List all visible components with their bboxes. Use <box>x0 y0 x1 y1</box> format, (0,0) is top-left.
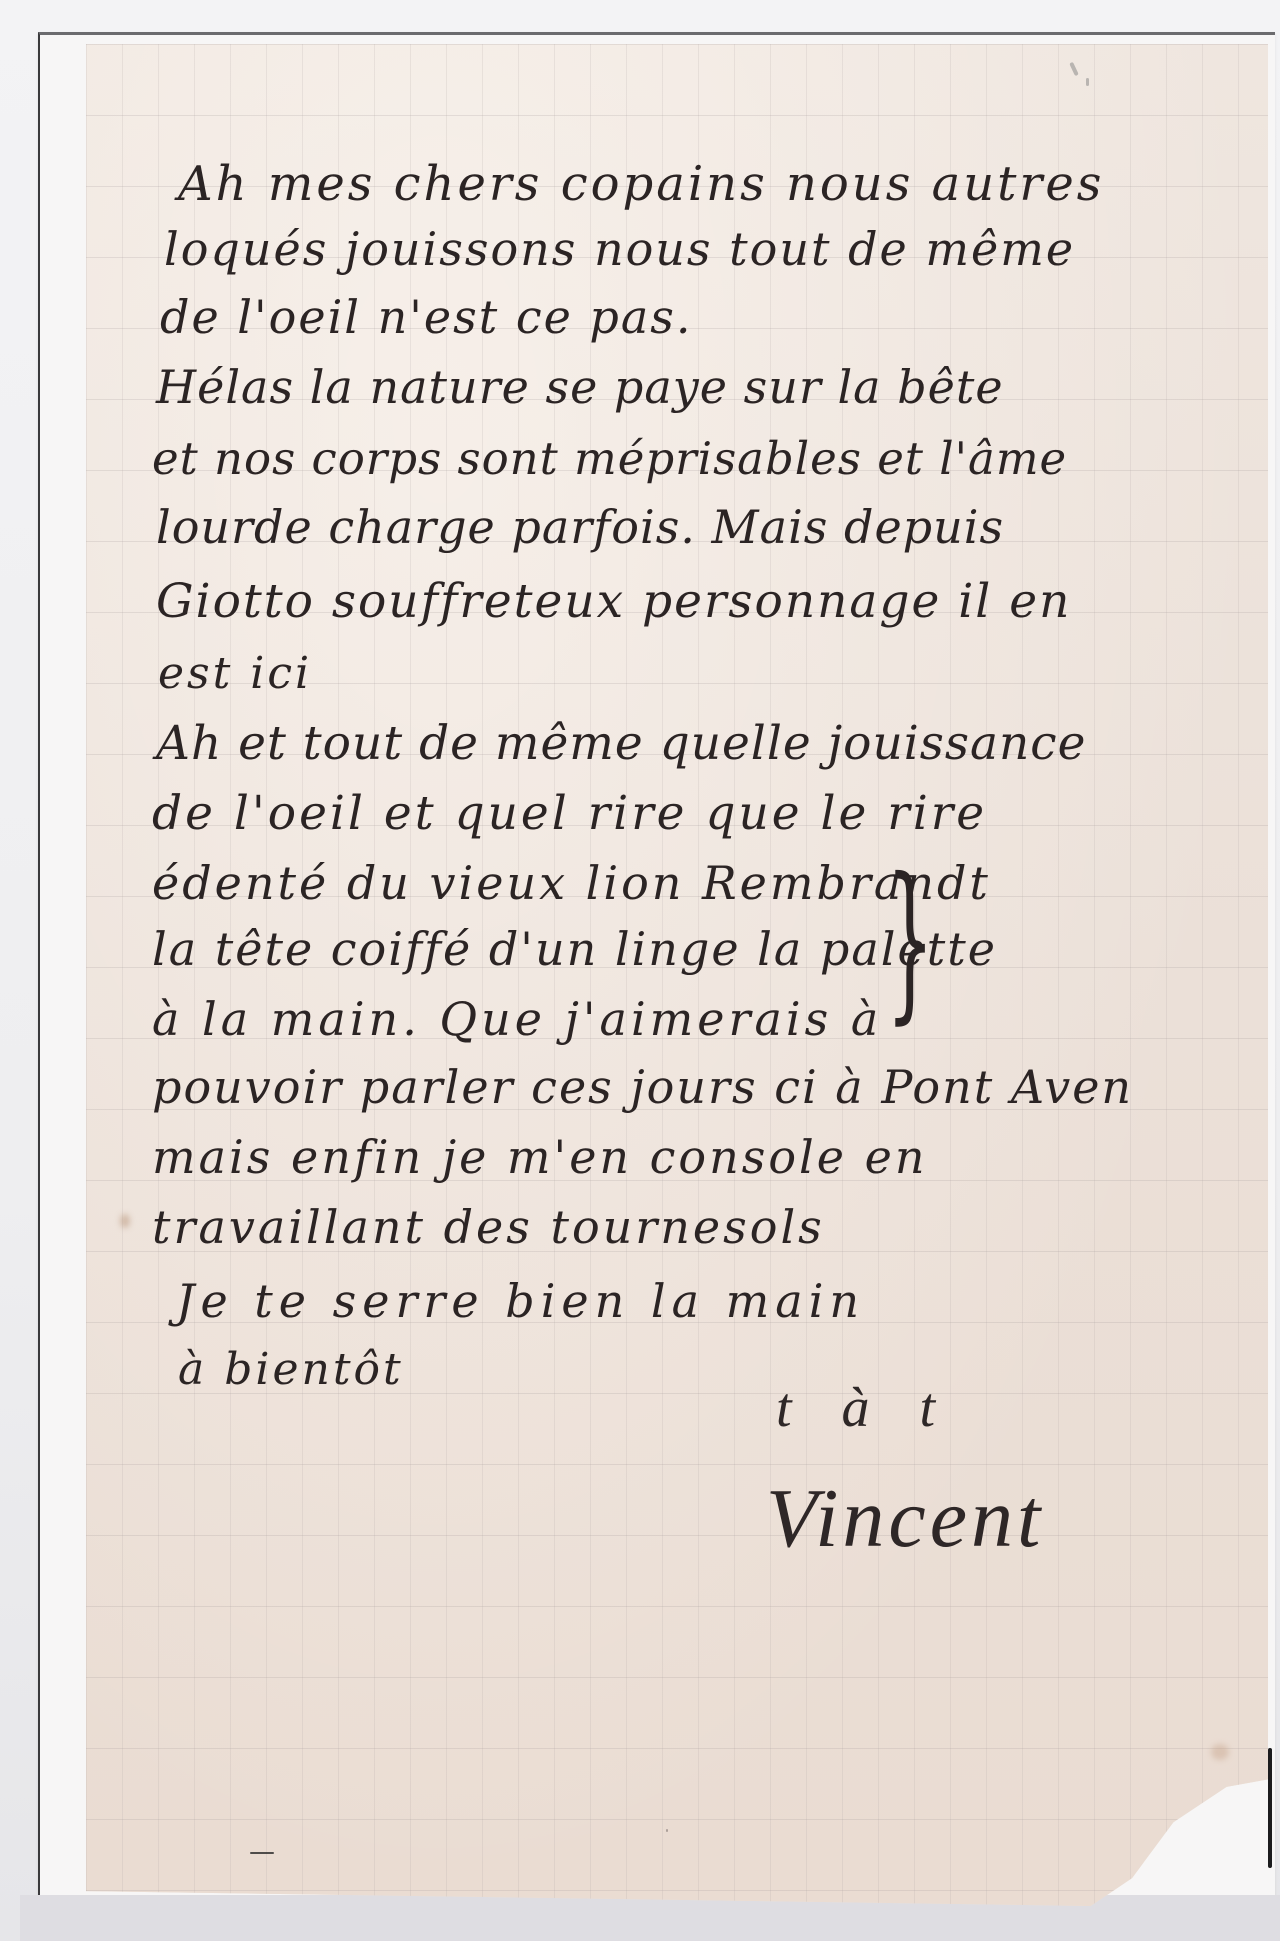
paper-mark <box>666 1829 668 1832</box>
scan-background: Ah mes chers copains nous autres loqués … <box>0 0 1280 1941</box>
letter-line: de l'oeil n'est ce pas. <box>160 290 693 344</box>
letter-line: de l'oeil et quel rire que le rire <box>152 786 987 841</box>
letter-line: Ah mes chers copains nous autres <box>178 156 1104 212</box>
letter-line: lourde charge parfois. Mais depuis <box>156 500 1004 554</box>
letter-line: à la main. Que j'aimerais à <box>152 992 882 1046</box>
closing-text: t à t <box>776 1376 953 1440</box>
ink-brace-mark: } <box>886 856 935 1026</box>
letter-line: travaillant des tournesols <box>152 1200 825 1254</box>
letter-line: Giotto souffreteux personnage il en <box>156 574 1071 629</box>
letter-line: pouvoir parler ces jours ci à Pont Aven <box>152 1060 1133 1114</box>
paper-mark <box>1069 62 1079 76</box>
letter-line: loqués jouissons nous tout de même <box>164 222 1075 276</box>
letter-line: est ici <box>158 648 312 699</box>
letter-line: Hélas la nature se paye sur la bête <box>156 360 1004 414</box>
letter-paper: Ah mes chers copains nous autres loqués … <box>86 44 1268 1906</box>
letter-line: mais enfin je m'en console en <box>152 1130 927 1184</box>
paper-stain <box>120 1214 130 1228</box>
letter-line: à bientôt <box>178 1344 404 1395</box>
paper-stain <box>1211 1744 1229 1760</box>
paper-mark <box>1086 78 1089 86</box>
letter-line: la tête coiffé d'un linge la palette <box>152 922 997 976</box>
mount-edge-mark <box>1268 1748 1272 1868</box>
letter-line: et nos corps sont méprisables et l'âme <box>152 432 1067 485</box>
letter-line: Ah et tout de même quelle jouissance <box>156 716 1086 771</box>
paper-mark <box>250 1852 274 1854</box>
letter-line: édenté du vieux lion Rembrandt <box>152 856 991 910</box>
letter-line: Je te serre bien la main <box>176 1274 865 1328</box>
signature: Vincent <box>766 1470 1044 1567</box>
